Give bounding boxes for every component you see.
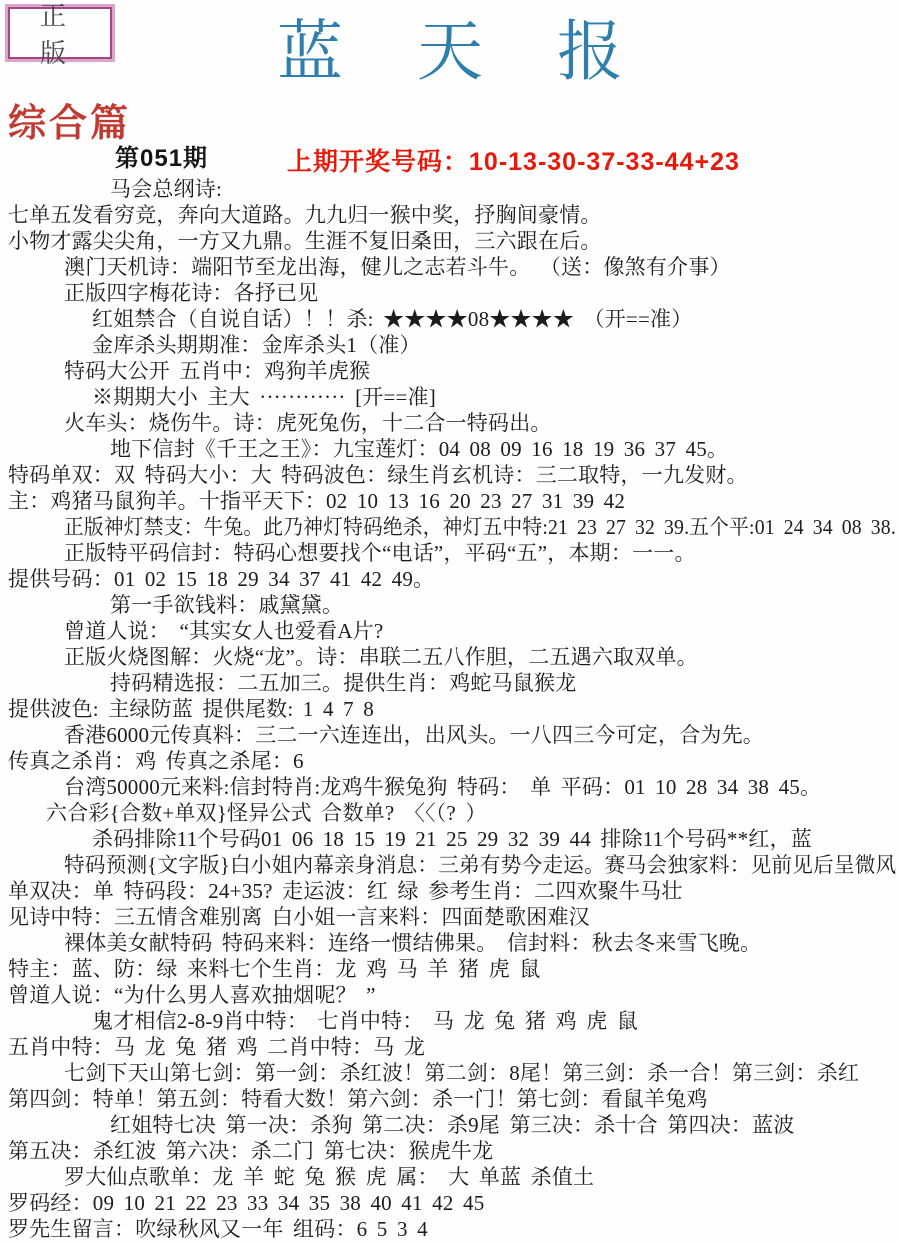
report-line-text: 罗码经：09 10 21 22 23 33 34 35 38 40 41 42 … [8, 1190, 484, 1216]
report-line: 特码大公开 五肖中：鸡狗羊虎猴 [0, 358, 900, 384]
report-line-text: 红姐特七决 第一决：杀狗 第二决：杀9尾 第三决：杀十合 第四决：蓝波 [110, 1112, 795, 1138]
report-line: 单双决：单 特码段：24+35? 走运波：红 绿 参考生肖：二四欢聚牛马壮 [0, 878, 900, 904]
report-line: 地下信封《千王之王》：九宝莲灯：04 08 09 16 18 19 36 37 … [0, 436, 900, 462]
report-line: 正版火烧图解：火烧“龙”。诗：串联二五八作胆，二五遇六取双单。 [0, 644, 900, 670]
last-draw-value: 10-13-30-37-33-44+23 [469, 148, 740, 176]
report-line: 台湾50000元来料:信封特肖:龙鸡牛猴兔狗 特码： 单 平码：01 10 28… [0, 774, 900, 800]
report-line-text: 第四剑：特单！第五剑：特看大数！第六剑：杀一门！第七剑：看鼠羊兔鸡 [8, 1086, 708, 1112]
report-line-text: 火车头：烧伤牛。诗：虎死兔伤，十二合一特码出。 [64, 410, 552, 436]
report-line: 火车头：烧伤牛。诗：虎死兔伤，十二合一特码出。 [0, 410, 900, 436]
last-draw-numbers: 上期开奖号码：10-13-30-37-33-44+23 [287, 142, 740, 178]
report-line-text: 第五决：杀红波 第六决：杀二门 第七决：猴虎牛龙 [8, 1138, 493, 1164]
report-line: 裸体美女献特码 特码来料：连络一惯结佛果。 信封料：秋去冬来雪飞晚。 [0, 930, 900, 956]
report-line-text: 持码精选报：二五加三。提供生肖：鸡蛇马鼠猴龙 [110, 670, 576, 696]
report-line-text: 正版特平码信封：特码心想要找个“电话”，平码“五”，本期：一一。 [64, 540, 696, 566]
report-line-text: 正版四字梅花诗：各抒已见 [64, 280, 318, 306]
report-line: 提供波色: 主绿防蓝 提供尾数: 1 4 7 8 [0, 696, 900, 722]
report-line: 特码预测{文字版}白小姐内幕亲身消息：三弟有势今走运。赛马会独家料：见前见后呈微… [0, 852, 900, 878]
report-line: 澳门天机诗：端阳节至龙出海，健儿之志若斗牛。 （送：像煞有介事） [0, 254, 900, 280]
report-line-text: 七剑下天山第七剑：第一剑：杀红波！第二剑：8尾！第三剑：杀一合！第三剑：杀红 [64, 1060, 859, 1086]
report-line-text: 特主：蓝、防：绿 来料七个生肖：龙 鸡 马 羊 猪 虎 鼠 [8, 956, 541, 982]
report-body: 马会总纲诗:七单五发看穷竞，奔向大道路。九九归一猴中奖，抒胸间豪情。小物才露尖尖… [0, 176, 900, 1242]
report-line-text: 罗大仙点歌单：龙 羊 蛇 兔 猴 虎 属： 大 单蓝 杀值土 [64, 1164, 594, 1190]
report-line-text: 红姐禁合（自说自话）！！杀: ★★★★08★★★★ （开==准） [92, 306, 692, 332]
report-line: 罗码经：09 10 21 22 23 33 34 35 38 40 41 42 … [0, 1190, 900, 1216]
report-line: 七单五发看穷竞，奔向大道路。九九归一猴中奖，抒胸间豪情。 [0, 202, 900, 228]
report-line: 主：鸡猪马鼠狗羊。十指平天下：02 10 13 16 20 23 27 31 3… [0, 488, 900, 514]
report-line-text: 提供号码：01 02 15 18 29 34 37 41 42 49。 [8, 566, 434, 592]
report-line: 七剑下天山第七剑：第一剑：杀红波！第二剑：8尾！第三剑：杀一合！第三剑：杀红 [0, 1060, 900, 1086]
report-line-text: 主：鸡猪马鼠狗羊。十指平天下：02 10 13 16 20 23 27 31 3… [8, 488, 625, 514]
report-line-text: 单双决：单 特码段：24+35? 走运波：红 绿 参考生肖：二四欢聚牛马壮 [8, 878, 683, 904]
report-line: 持码精选报：二五加三。提供生肖：鸡蛇马鼠猴龙 [0, 670, 900, 696]
report-line-text: 五肖中特：马 龙 兔 猪 鸡 二肖中特：马 龙 [8, 1034, 425, 1060]
report-line-text: 六合彩{合数+单双}怪异公式 合数单? 〈〈（? ） [46, 800, 487, 826]
report-line: ※期期大小 主大 ············ [开==准] [0, 384, 900, 410]
report-line: 六合彩{合数+单双}怪异公式 合数单? 〈〈（? ） [0, 800, 900, 826]
report-line-text: 罗先生留言：吹绿秋风又一年 组码：6 5 3 4 [8, 1216, 428, 1242]
report-line: 罗先生留言：吹绿秋风又一年 组码：6 5 3 4 [0, 1216, 900, 1242]
issue-number: 第051期 [115, 138, 208, 173]
report-line-text: 澳门天机诗：端阳节至龙出海，健儿之志若斗牛。 （送：像煞有介事） [64, 254, 731, 280]
report-line: 香港6000元传真料：三二一六连连出，出风头。一八四三今可定，合为先。 [0, 722, 900, 748]
report-line: 马会总纲诗: [0, 176, 900, 202]
report-line-text: 七单五发看穷竞，奔向大道路。九九归一猴中奖，抒胸间豪情。 [8, 202, 602, 228]
report-line-text: 传真之杀肖：鸡 传真之杀尾：6 [8, 748, 304, 774]
report-line-text: 提供波色: 主绿防蓝 提供尾数: 1 4 7 8 [8, 696, 374, 722]
report-line: 曾道人说： “其实女人也爱看A片? [0, 618, 900, 644]
report-line-text: 特码大公开 五肖中：鸡狗羊虎猴 [64, 358, 370, 384]
report-line: 第一手欲钱料：戚黛黛。 [0, 592, 900, 618]
report-line: 特码单双：双 特码大小：大 特码波色：绿生肖玄机诗：三二取特，一九发财。 [0, 462, 900, 488]
report-line-text: 曾道人说： “其实女人也爱看A片? [64, 618, 383, 644]
section-title: 综合篇 [8, 92, 131, 147]
report-line-text: 特码单双：双 特码大小：大 特码波色：绿生肖玄机诗：三二取特，一九发财。 [8, 462, 748, 488]
report-line-text: 裸体美女献特码 特码来料：连络一惯结佛果。 信封料：秋去冬来雪飞晚。 [64, 930, 761, 956]
report-line: 正版四字梅花诗：各抒已见 [0, 280, 900, 306]
report-line: 红姐特七决 第一决：杀狗 第二决：杀9尾 第三决：杀十合 第四决：蓝波 [0, 1112, 900, 1138]
report-line: 传真之杀肖：鸡 传真之杀尾：6 [0, 748, 900, 774]
report-line: 杀码排除11个号码01 06 18 15 19 21 25 29 32 39 4… [0, 826, 900, 852]
report-line: 正版神灯禁支：牛兔。此乃神灯特码绝杀，神灯五中特:21 23 27 32 39.… [0, 514, 900, 540]
report-line: 第五决：杀红波 第六决：杀二门 第七决：猴虎牛龙 [0, 1138, 900, 1164]
newspaper-title: 蓝天报 [0, 10, 900, 96]
report-line-text: 马会总纲诗: [110, 176, 222, 202]
last-draw-label: 上期开奖号码： [287, 148, 469, 176]
report-line-text: 正版火烧图解：火烧“龙”。诗：串联二五八作胆，二五遇六取双单。 [64, 644, 698, 670]
report-line: 鬼才相信2-8-9肖中特： 七肖中特： 马 龙 兔 猪 鸡 虎 鼠 [0, 1008, 900, 1034]
report-line: 正版特平码信封：特码心想要找个“电话”，平码“五”，本期：一一。 [0, 540, 900, 566]
report-line: 金库杀头期期准：金库杀头1（准） [0, 332, 900, 358]
newspaper-page: 正版 蓝天报 综合篇 第051期 上期开奖号码：10-13-30-37-33-4… [0, 0, 900, 1243]
report-line: 见诗中特：三五情含难别离 白小姐一言来料：四面楚歌困难汉 [0, 904, 900, 930]
report-line-text: 正版神灯禁支：牛兔。此乃神灯特码绝杀，神灯五中特:21 23 27 32 39.… [64, 514, 896, 540]
report-line-text: 台湾50000元来料:信封特肖:龙鸡牛猴兔狗 特码： 单 平码：01 10 28… [64, 774, 821, 800]
report-line-text: 香港6000元传真料：三二一六连连出，出风头。一八四三今可定，合为先。 [64, 722, 764, 748]
report-line-text: 特码预测{文字版}白小姐内幕亲身消息：三弟有势今走运。赛马会独家料：见前见后呈微… [64, 852, 896, 878]
report-line-text: 小物才露尖尖角，一方又九鼎。生涯不复旧桑田，三六跟在后。 [8, 228, 602, 254]
report-line: 特主：蓝、防：绿 来料七个生肖：龙 鸡 马 羊 猪 虎 鼠 [0, 956, 900, 982]
report-line-text: 地下信封《千王之王》：九宝莲灯：04 08 09 16 18 19 36 37 … [110, 436, 728, 462]
report-line: 第四剑：特单！第五剑：特看大数！第六剑：杀一门！第七剑：看鼠羊兔鸡 [0, 1086, 900, 1112]
report-line: 提供号码：01 02 15 18 29 34 37 41 42 49。 [0, 566, 900, 592]
report-line: 五肖中特：马 龙 兔 猪 鸡 二肖中特：马 龙 [0, 1034, 900, 1060]
report-line-text: 曾道人说：“为什么男人喜欢抽烟呢？ ” [8, 982, 376, 1008]
report-line: 红姐禁合（自说自话）！！杀: ★★★★08★★★★ （开==准） [0, 306, 900, 332]
report-line: 小物才露尖尖角，一方又九鼎。生涯不复旧桑田，三六跟在后。 [0, 228, 900, 254]
report-line: 罗大仙点歌单：龙 羊 蛇 兔 猴 虎 属： 大 单蓝 杀值土 [0, 1164, 900, 1190]
report-line-text: 第一手欲钱料：戚黛黛。 [110, 592, 343, 618]
report-line-text: 鬼才相信2-8-9肖中特： 七肖中特： 马 龙 兔 猪 鸡 虎 鼠 [92, 1008, 638, 1034]
report-line: 曾道人说：“为什么男人喜欢抽烟呢？ ” [0, 982, 900, 1008]
report-line-text: 见诗中特：三五情含难别离 白小姐一言来料：四面楚歌困难汉 [8, 904, 590, 930]
report-line-text: 杀码排除11个号码01 06 18 15 19 21 25 29 32 39 4… [92, 826, 812, 852]
report-line-text: 金库杀头期期准：金库杀头1（准） [92, 332, 421, 358]
report-line-text: ※期期大小 主大 ············ [开==准] [92, 384, 436, 410]
